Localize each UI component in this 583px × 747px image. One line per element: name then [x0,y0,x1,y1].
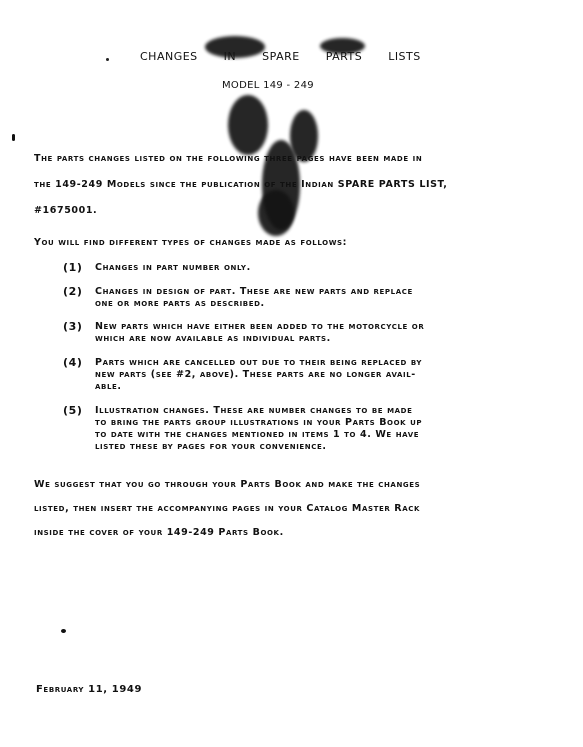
item-text: new parts (see #2, above). These parts a… [95,369,416,381]
closing-line: listed, then insert the accompanying pag… [34,503,420,515]
item-number: (1) [63,262,83,274]
intro-line: the 149-249 Models since the publication… [34,179,448,191]
item-text: Changes in part number only. [95,262,251,274]
scan-speck [61,629,66,633]
item-text: listed these by pages for your convenien… [95,441,327,453]
ink-stain [258,190,294,236]
title-word: SPARE [262,50,300,63]
item-text: Parts which are cancelled out due to the… [95,357,422,369]
item-number: (5) [63,405,83,417]
item-text: to date with the changes mentioned in it… [95,429,419,441]
title-word: CHANGES [140,50,198,63]
intro-line: #1675001. [34,205,97,217]
item-text: able. [95,381,122,393]
item-number: (4) [63,357,83,369]
item-text: which are now available as individual pa… [95,333,331,345]
item-text: one or more parts as described. [95,298,265,310]
item-text: Illustration changes. These are number c… [95,405,412,417]
intro-line: The parts changes listed on the followin… [34,153,422,165]
item-number: (3) [63,321,83,333]
ink-stain [320,38,365,54]
document-page: CHANGES IN SPARE PARTS LISTS MODEL 149 -… [0,0,583,747]
list-intro: You will find different types of changes… [34,237,347,249]
closing-line: inside the cover of your 149-249 Parts B… [34,527,284,539]
item-number: (2) [63,286,83,298]
document-title: CHANGES IN SPARE PARTS LISTS [140,50,443,63]
ink-stain [228,95,268,155]
scan-mark [12,134,15,141]
ink-stain [205,36,265,58]
document-date: February 11, 1949 [36,684,142,695]
item-text: New parts which have either been added t… [95,321,424,333]
item-text: to bring the parts group illustrations i… [95,417,422,429]
item-text: Changes in design of part. These are new… [95,286,413,298]
title-word: LISTS [388,50,421,63]
closing-line: We suggest that you go through your Part… [34,479,420,491]
scan-speck [106,58,109,61]
document-subtitle: MODEL 149 - 249 [222,80,314,91]
